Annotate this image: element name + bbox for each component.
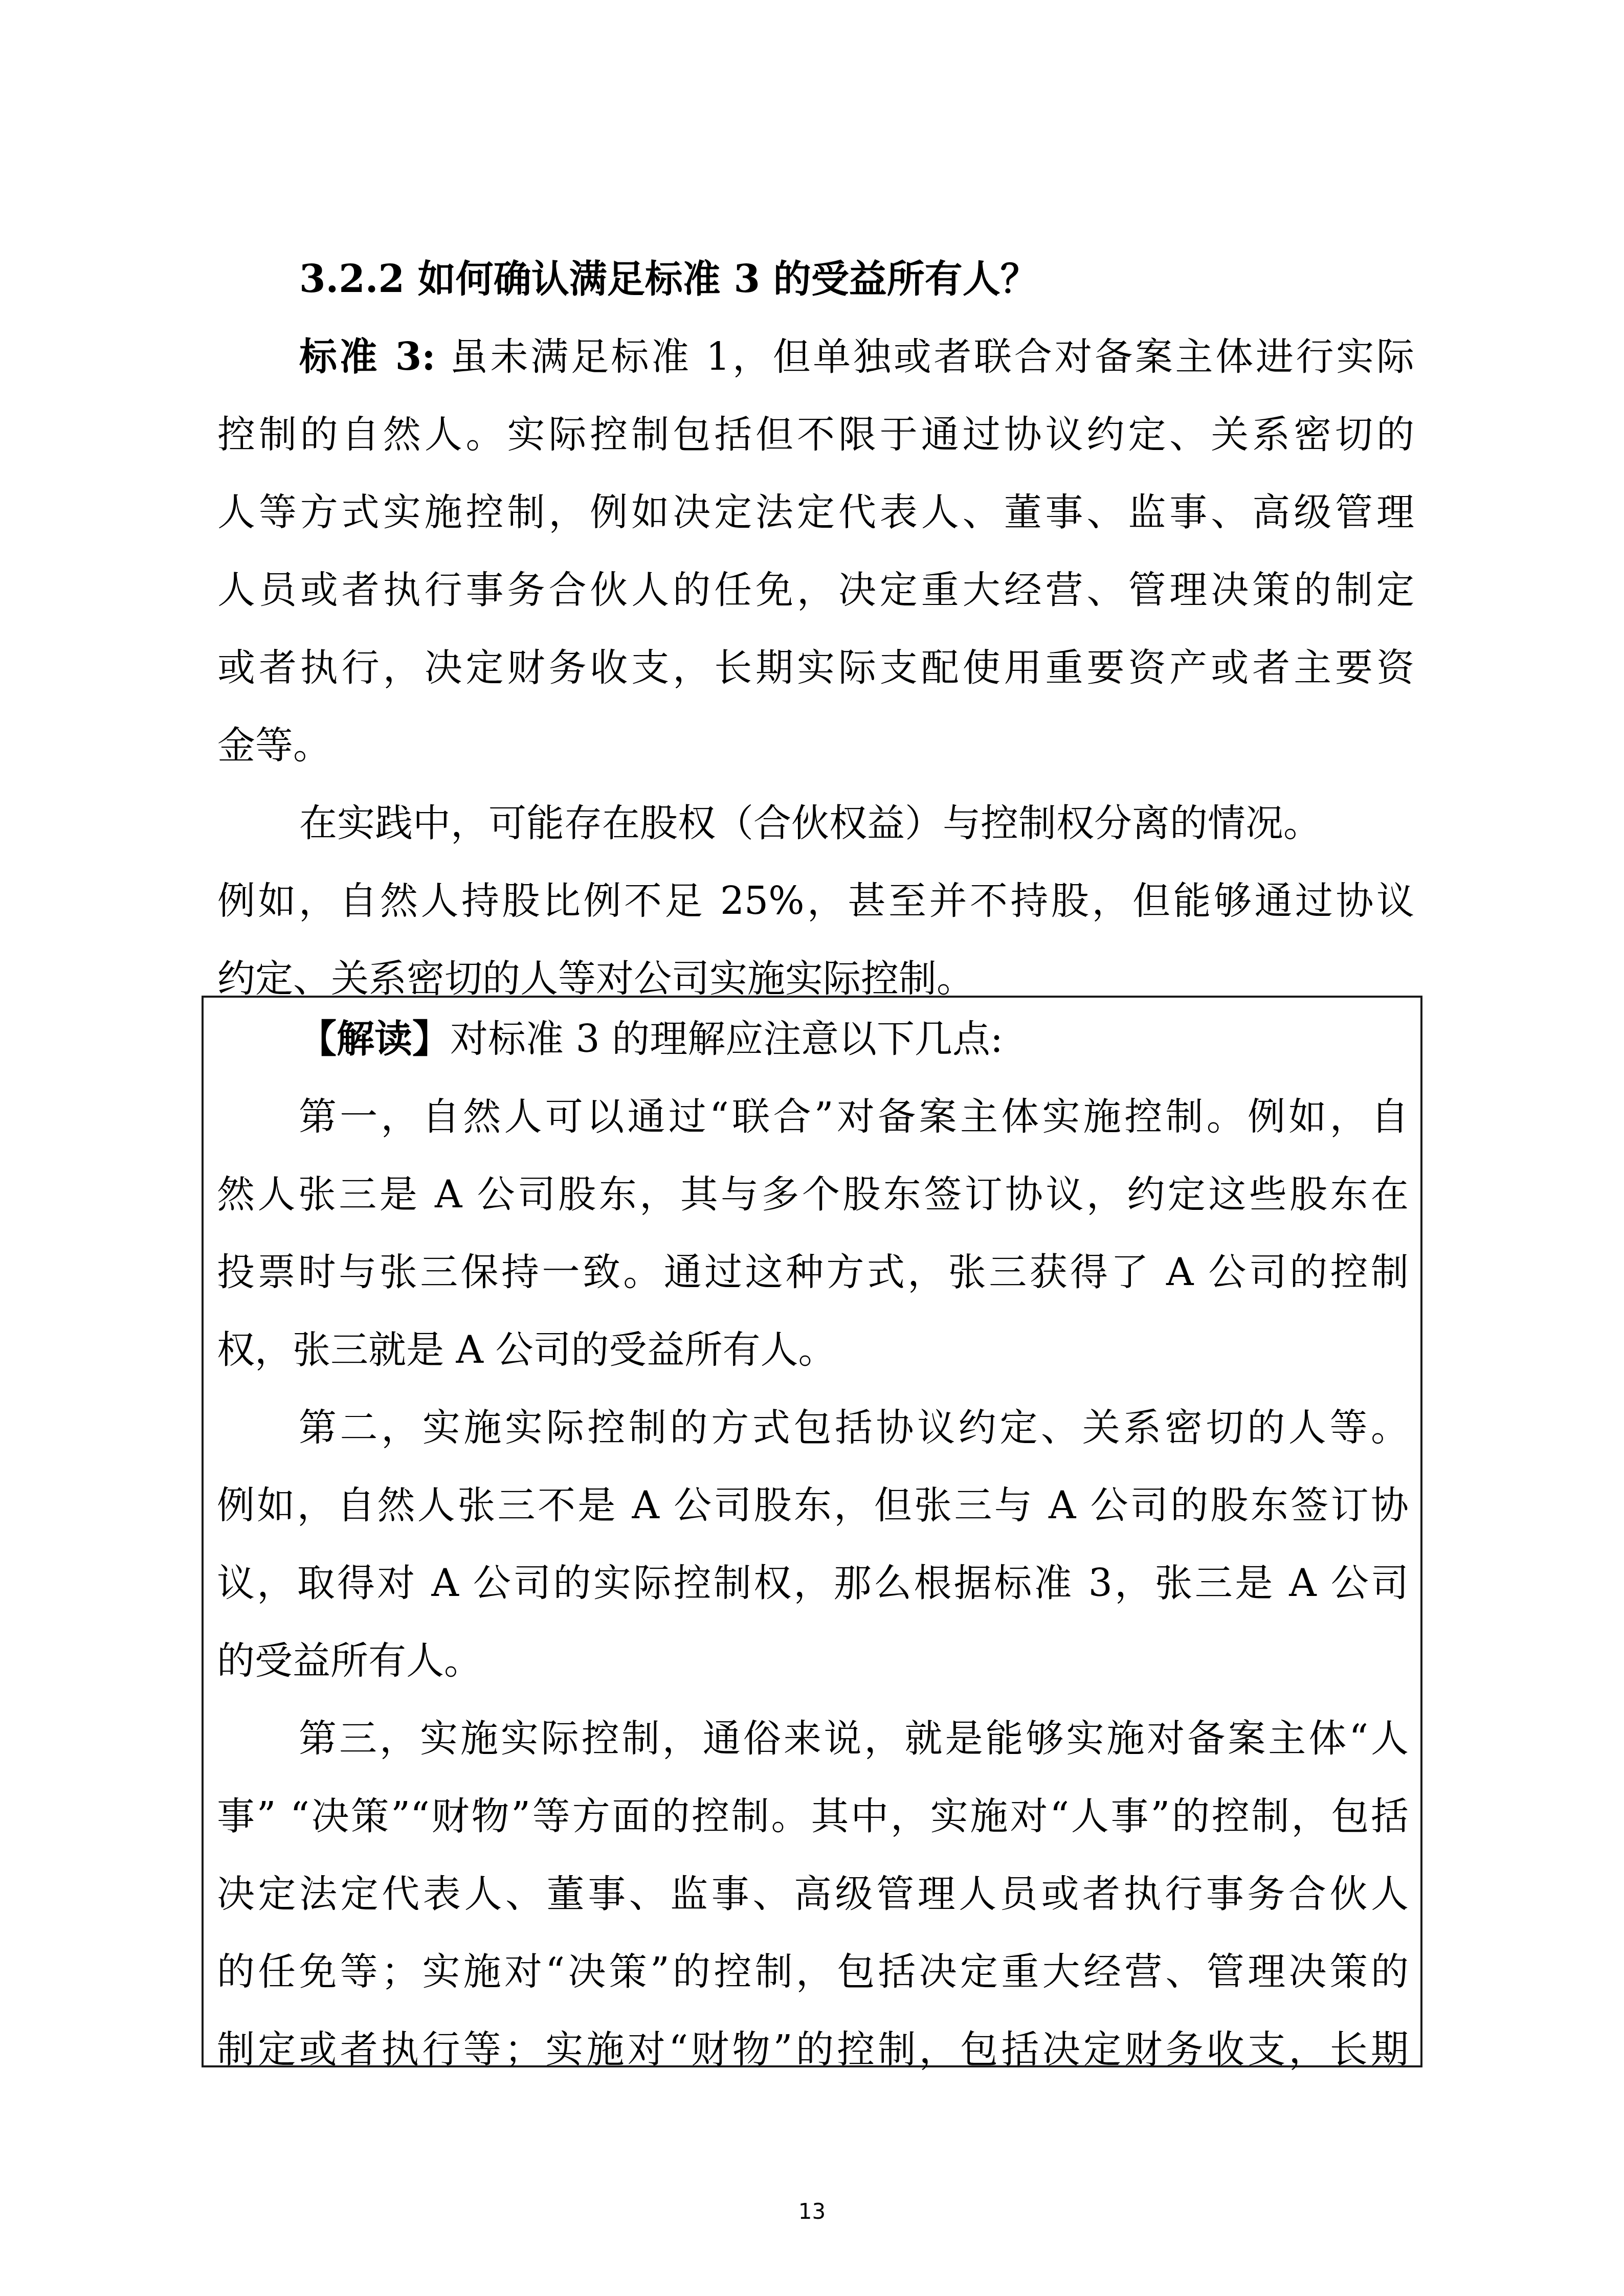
point3-line: 决定法定代表人、董事、监事、高级管理人员或者执行事务合伙人 xyxy=(217,1855,1409,1933)
point1-line: 第一，自然人可以通过“联合”对备案主体实施控制。例如，自 xyxy=(217,1078,1409,1156)
point2-line: 议，取得对 A 公司的实际控制权，那么根据标准 3，张三是 A 公司 xyxy=(217,1544,1409,1622)
point1-line: 然人张三是 A 公司股东，其与多个股东签订协议，约定这些股东在 xyxy=(217,1156,1409,1233)
point3-line: 第三，实施实际控制，通俗来说，就是能够实施对备案主体“人 xyxy=(217,1700,1409,1777)
standard-line: 人等方式实施控制，例如决定法定代表人、董事、监事、高级管理 xyxy=(217,474,1414,551)
point2-line: 的受益所有人。 xyxy=(217,1622,1409,1700)
point2-line: 第二，实施实际控制的方式包括协议约定、关系密切的人等。 xyxy=(217,1389,1409,1467)
point3-line: 事” “决策”“财物”等方面的控制。其中，实施对“人事”的控制，包括 xyxy=(217,1777,1409,1855)
standard-line: 标准 3: 虽未满足标准 1，但单独或者联合对备案主体进行实际 xyxy=(217,318,1414,396)
section-heading: 3.2.2 如何确认满足标准 3 的受益所有人？ xyxy=(217,240,1414,318)
point3-line: 的任免等；实施对“决策”的控制，包括决定重大经营、管理决策的 xyxy=(217,1933,1409,2011)
point1-line: 投票时与张三保持一致。通过这种方式，张三获得了 A 公司的控制 xyxy=(217,1233,1409,1311)
interpretation-intro-text: 对标准 3 的理解应注意以下几点: xyxy=(450,1017,1003,1061)
section-body: 3.2.2 如何确认满足标准 3 的受益所有人？ 标准 3: 虽未满足标准 1，… xyxy=(217,240,1414,1018)
practice-line: 例如，自然人持股比例不足 25%，甚至并不持股，但能够通过协议 xyxy=(217,862,1414,940)
point3-line: 制定或者执行等；实施对“财物”的控制，包括决定财务收支，长期 xyxy=(217,2011,1409,2088)
interpretation-content: 【解读】对标准 3 的理解应注意以下几点: 第一，自然人可以通过“联合”对备案主… xyxy=(217,1000,1409,2088)
standard-line: 控制的自然人。实际控制包括但不限于通过协议约定、关系密切的 xyxy=(217,396,1414,474)
standard-label: 标准 3: xyxy=(299,335,436,379)
standard-line: 金等。 xyxy=(217,707,1414,784)
interpretation-label: 【解读】 xyxy=(299,1017,450,1061)
standard-line: 或者执行，决定财务收支，长期实际支配使用重要资产或者主要资 xyxy=(217,629,1414,707)
interpretation-intro: 【解读】对标准 3 的理解应注意以下几点: xyxy=(217,1000,1409,1078)
practice-line: 在实践中，可能存在股权（合伙权益）与控制权分离的情况。 xyxy=(217,784,1414,862)
page-number: 13 xyxy=(0,2199,1624,2224)
standard-line: 人员或者执行事务合伙人的任免，决定重大经营、管理决策的制定 xyxy=(217,551,1414,629)
document-page: 3.2.2 如何确认满足标准 3 的受益所有人？ 标准 3: 虽未满足标准 1，… xyxy=(0,0,1624,2296)
point1-line: 权，张三就是 A 公司的受益所有人。 xyxy=(217,1311,1409,1389)
interpretation-box: 【解读】对标准 3 的理解应注意以下几点: 第一，自然人可以通过“联合”对备案主… xyxy=(202,996,1422,2067)
standard-text: 虽未满足标准 1，但单独或者联合对备案主体进行实际 xyxy=(450,335,1414,379)
point2-line: 例如，自然人张三不是 A 公司股东，但张三与 A 公司的股东签订协 xyxy=(217,1467,1409,1544)
